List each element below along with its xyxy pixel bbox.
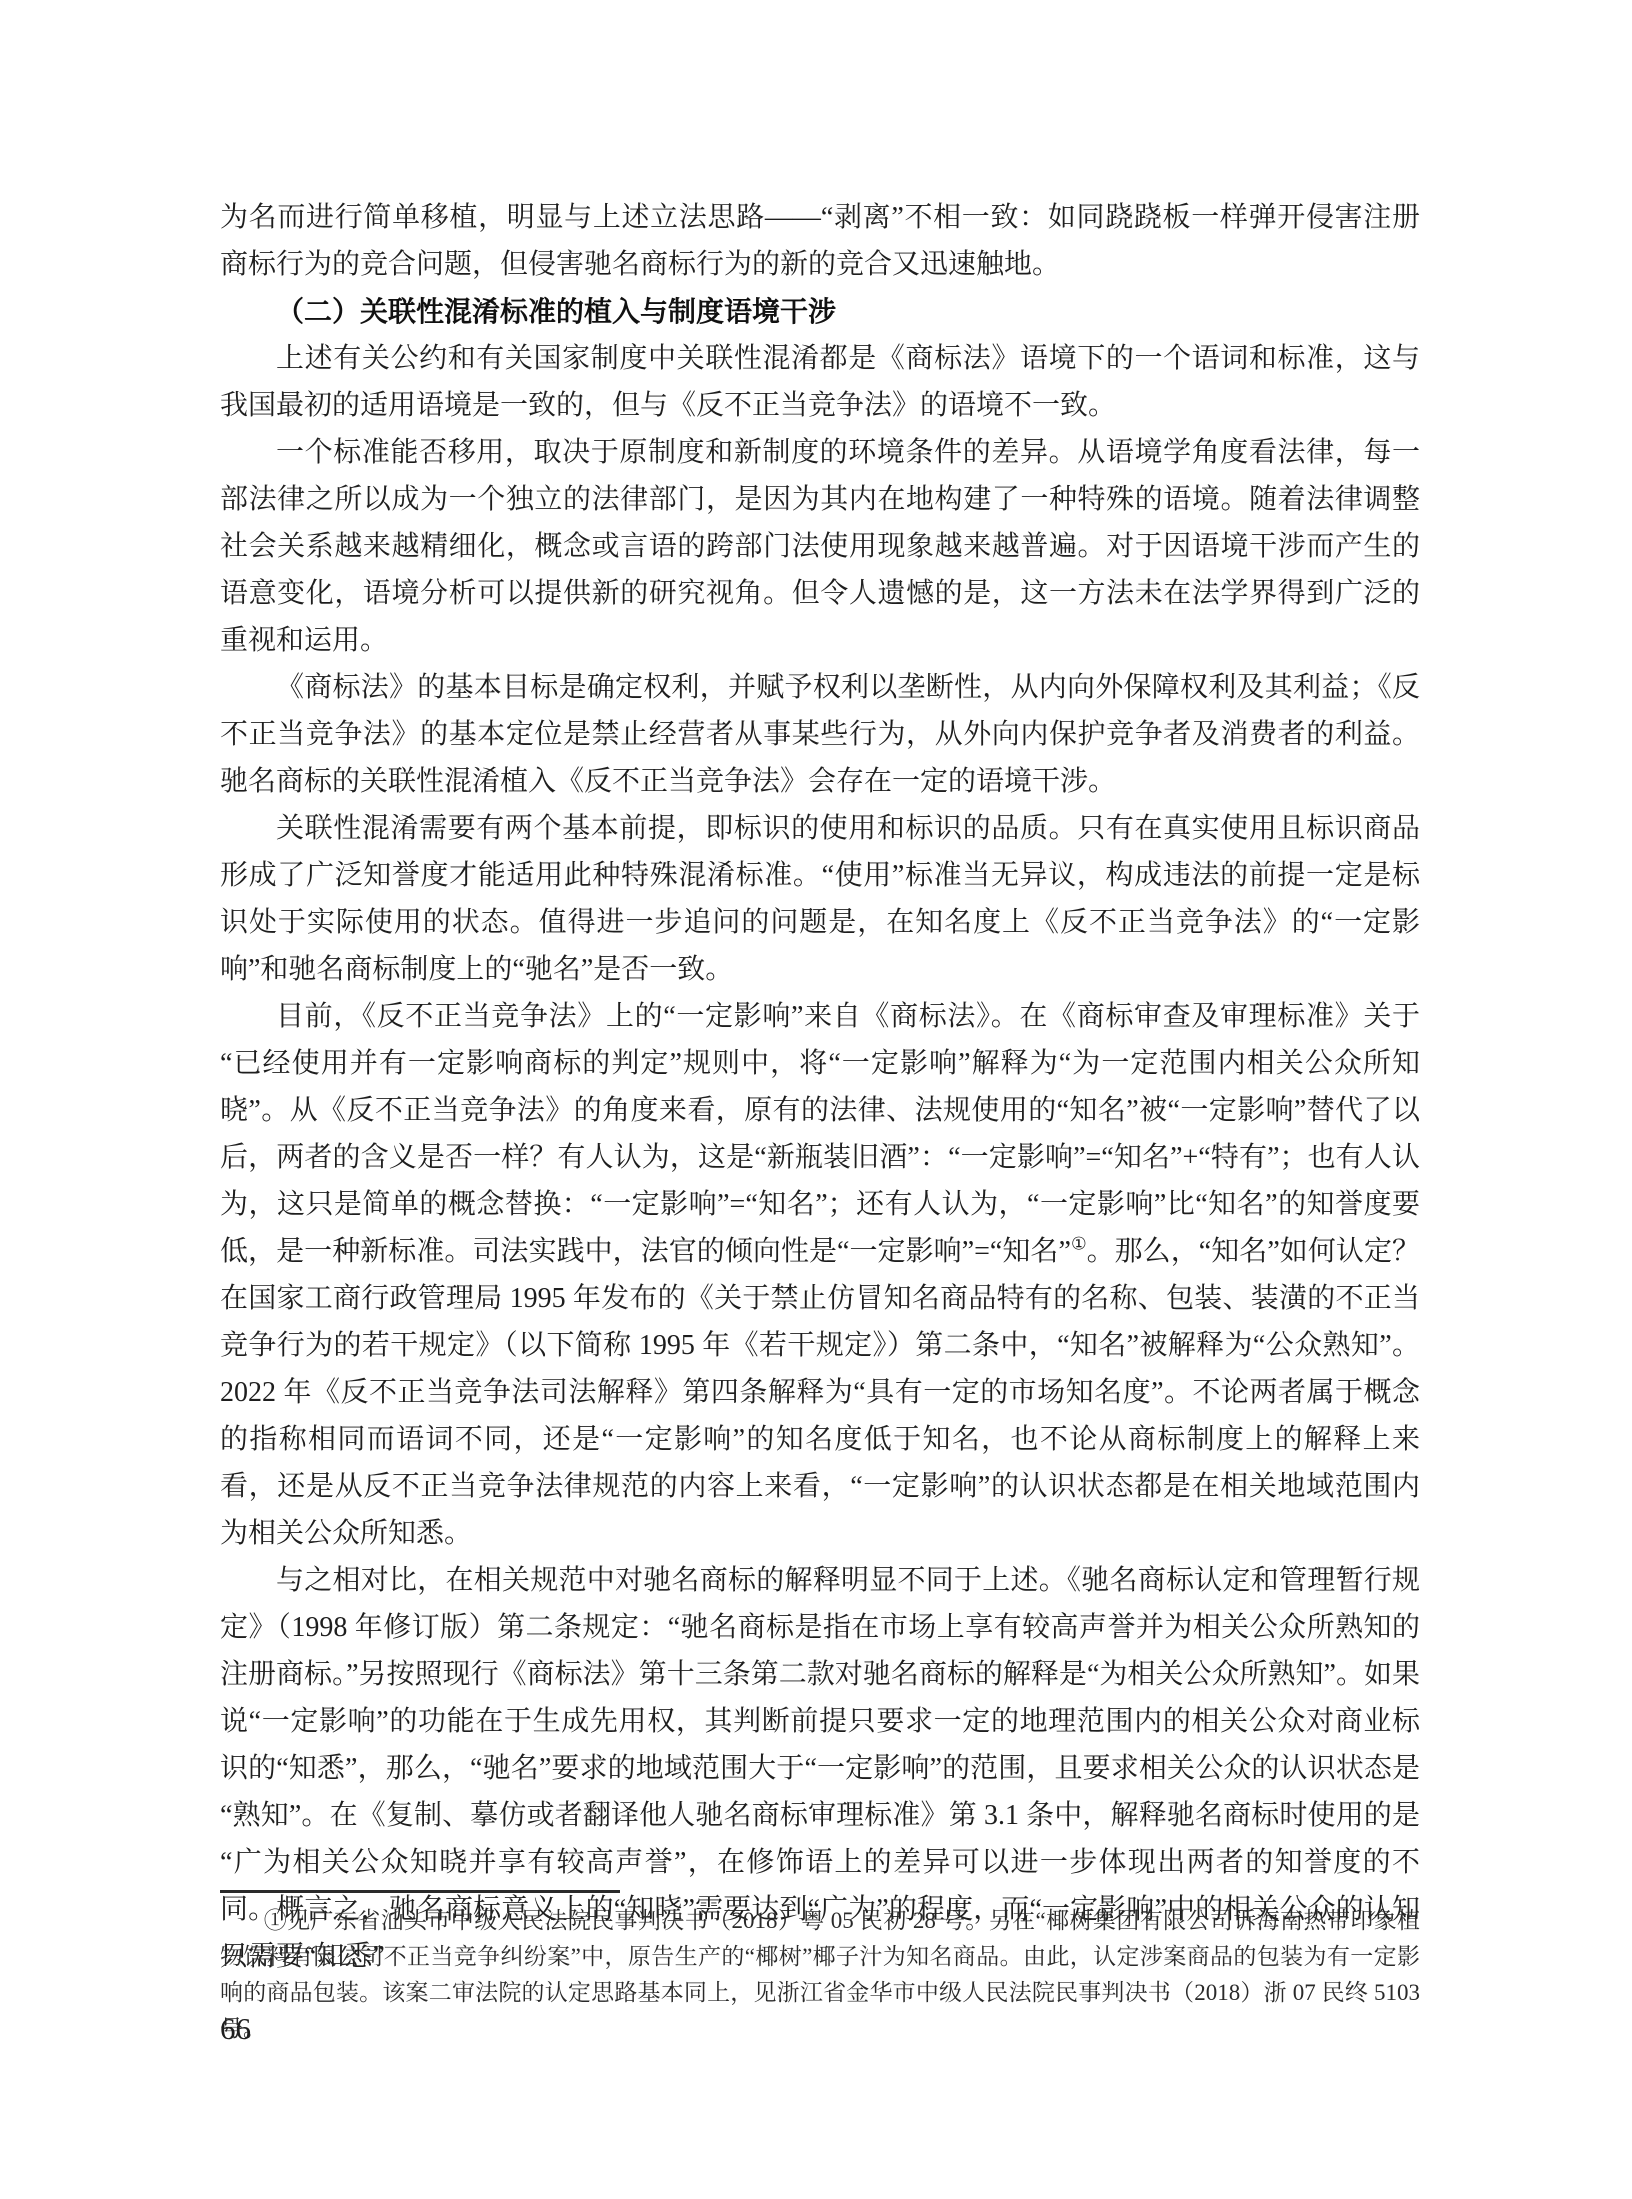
paragraph: 上述有关公约和有关国家制度中关联性混淆都是《商标法》语境下的一个语词和标准，这与… <box>220 335 1420 429</box>
paragraph-continued: 为名而进行简单移植，明显与上述立法思路——“剥离”不相一致：如同跷跷板一样弹开侵… <box>220 194 1420 288</box>
article-body: 为名而进行简单移植，明显与上述立法思路——“剥离”不相一致：如同跷跷板一样弹开侵… <box>220 194 1420 1980</box>
paragraph: 关联性混淆需要有两个基本前提，即标识的使用和标识的品质。只有在真实使用且标识商品… <box>220 805 1420 993</box>
journal-page: 为名而进行简单移植，明显与上述立法思路——“剥离”不相一致：如同跷跷板一样弹开侵… <box>0 0 1632 2199</box>
paragraph: 一个标准能否移用，取决于原制度和新制度的环境条件的差异。从语境学角度看法律，每一… <box>220 429 1420 664</box>
footnote-text: ①见广东省汕头市中级人民法院民事判决书（2018）粤 05 民初 28 号。另在… <box>220 1903 1420 2047</box>
footnote-area: ①见广东省汕头市中级人民法院民事判决书（2018）粤 05 民初 28 号。另在… <box>220 1890 1420 2047</box>
section-heading: （二）关联性混淆标准的植入与制度语境干涉 <box>220 288 1420 335</box>
footnote-ref-marker: ① <box>1071 1235 1087 1254</box>
paragraph: 《商标法》的基本目标是确定权利，并赋予权利以垄断性，从内向外保障权利及其利益；《… <box>220 664 1420 805</box>
paragraph: 目前，《反不正当竞争法》上的“一定影响”来自《商标法》。在《商标审查及审理标准》… <box>220 993 1420 1557</box>
footnote-divider <box>220 1890 620 1893</box>
page-number: 66 <box>220 2012 251 2046</box>
